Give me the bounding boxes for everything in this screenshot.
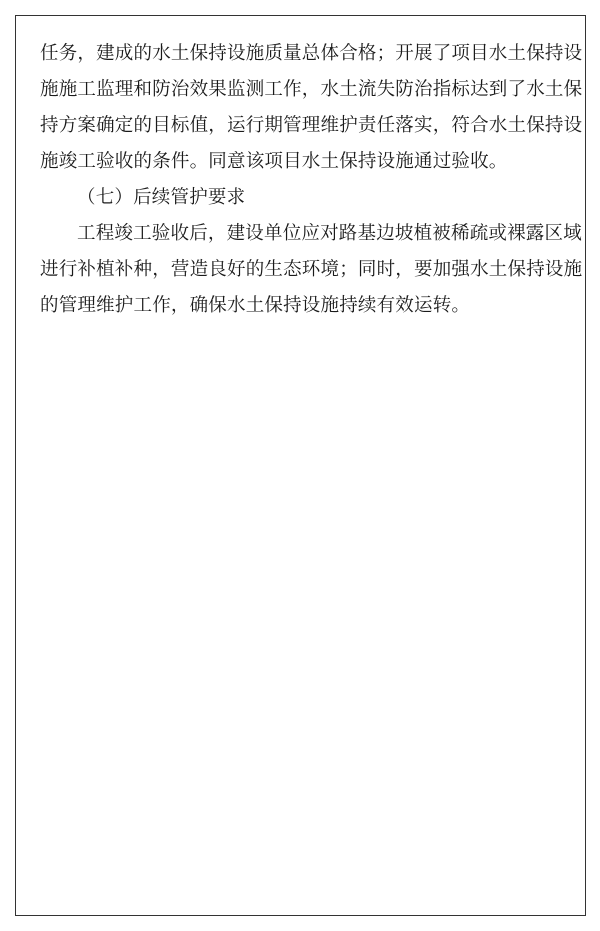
text-line: 持方案确定的目标值，运行期管理维护责任落实，符合水土保持设 <box>40 108 580 144</box>
text-line: 任务，建成的水土保持设施质量总体合格；开展了项目水土保持设 <box>40 36 580 72</box>
text-line: 施施工监理和防治效果监测工作，水土流失防治指标达到了水土保 <box>40 72 580 108</box>
section-heading: （七）后续管护要求 <box>40 180 580 216</box>
text-line: 的管理维护工作，确保水土保持设施持续有效运转。 <box>40 288 580 324</box>
text-line: 施竣工验收的条件。同意该项目水土保持设施通过验收。 <box>40 144 580 180</box>
document-body: 任务，建成的水土保持设施质量总体合格；开展了项目水土保持设 施施工监理和防治效果… <box>40 36 580 324</box>
document-table-cell: 任务，建成的水土保持设施质量总体合格；开展了项目水土保持设 施施工监理和防治效果… <box>15 15 586 916</box>
text-line: 工程竣工验收后，建设单位应对路基边坡植被稀疏或裸露区域 <box>40 216 580 252</box>
text-line: 进行补植补种，营造良好的生态环境；同时，要加强水土保持设施 <box>40 252 580 288</box>
